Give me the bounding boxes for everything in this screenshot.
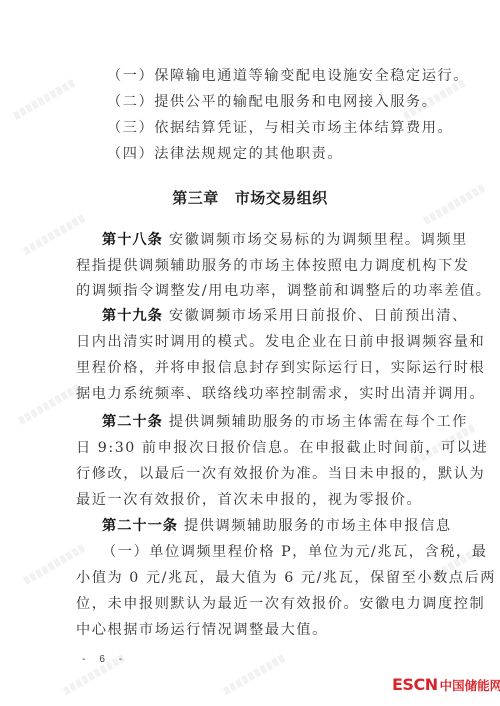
article-19-line: 里程价格，并将申报信息封存到实际运行日，实际运行时根 <box>76 359 426 377</box>
chapter-title: 市场交易组织 <box>235 189 328 207</box>
escn-logo: ESCN中国储能网 <box>392 675 500 694</box>
page-number: -6- <box>76 654 130 665</box>
list-item: （一）保障输电通道等输变配电设施安全稳定运行。 <box>107 67 457 85</box>
list-item: （二）提供公平的输配电服务和电网接入服务。 <box>107 93 457 111</box>
article-18-label: 第十八条 <box>102 232 163 248</box>
article-20-line: 第二十条 提供调频辅助服务的市场主体需在每个工作 <box>102 413 426 431</box>
article-20-line: 日 9:30 前申报次日报价信息。在申报截止时间前，可以进 <box>76 439 426 457</box>
article-20-label: 第二十条 <box>102 414 163 430</box>
article-21-item-line: 中心根据市场运行情况调整最大值。 <box>76 621 426 639</box>
watermark <box>18 383 83 425</box>
article-21-line: 第二十一条 提供调频辅助服务的市场主体申报信息 <box>102 517 426 535</box>
article-21-item-line: 小值为 0 元/兆瓦，最大值为 6 元/兆瓦，保留至小数点后两 <box>76 569 426 587</box>
watermark <box>223 653 288 695</box>
article-19-line: 第十九条 安徽调频市场采用日前报价、日前预出清、 <box>102 307 426 325</box>
page-number-value: 6 <box>99 654 107 665</box>
logo-cn: 中国储能网 <box>440 678 500 693</box>
article-19-line: 据电力系统频率、联络线功率控制需求，实时出清并调用。 <box>76 385 426 403</box>
watermark <box>23 213 88 255</box>
list-item: （三）依据结算凭证，与相关市场主体结算费用。 <box>107 119 457 137</box>
article-21-item-line: （一）单位调频里程价格 P，单位为元/兆瓦，含税，最 <box>102 543 426 561</box>
chapter-number: 第三章 <box>172 189 219 207</box>
article-21-item-line: 位，未申报则默认为最近一次有效报价。安徽电力调度控制 <box>76 595 426 613</box>
article-18-line: 的调频指令调整发/用电功率，调整前和调整后的功率差值。 <box>76 282 426 300</box>
article-18-line: 程指提供调频辅助服务的市场主体按照电力调度机构下发 <box>76 257 426 275</box>
article-20-line: 最近一次有效报价，首次未申报的，视为零报价。 <box>76 491 426 509</box>
article-19-label: 第十九条 <box>102 308 163 324</box>
logo-en: ESCN <box>392 675 438 694</box>
article-19-line: 日内出清实时调用的模式。发电企业在日前申报调频容量和 <box>76 333 426 351</box>
chapter-heading: 第三章市场交易组织 <box>0 187 500 208</box>
list-item: （四）法律法规规定的其他职责。 <box>107 145 457 163</box>
article-20-line: 行修改，以最后一次有效报价为准。当日未申报的，默认为 <box>76 465 426 483</box>
article-21-label: 第二十一条 <box>102 518 178 534</box>
document-page: （一）保障输电通道等输变配电设施安全稳定运行。 （二）提供公平的输配电服务和电网… <box>0 0 500 706</box>
article-18-line: 第十八条 安徽调频市场交易标的为调频里程。调频里 <box>102 231 426 249</box>
watermark <box>13 78 78 120</box>
